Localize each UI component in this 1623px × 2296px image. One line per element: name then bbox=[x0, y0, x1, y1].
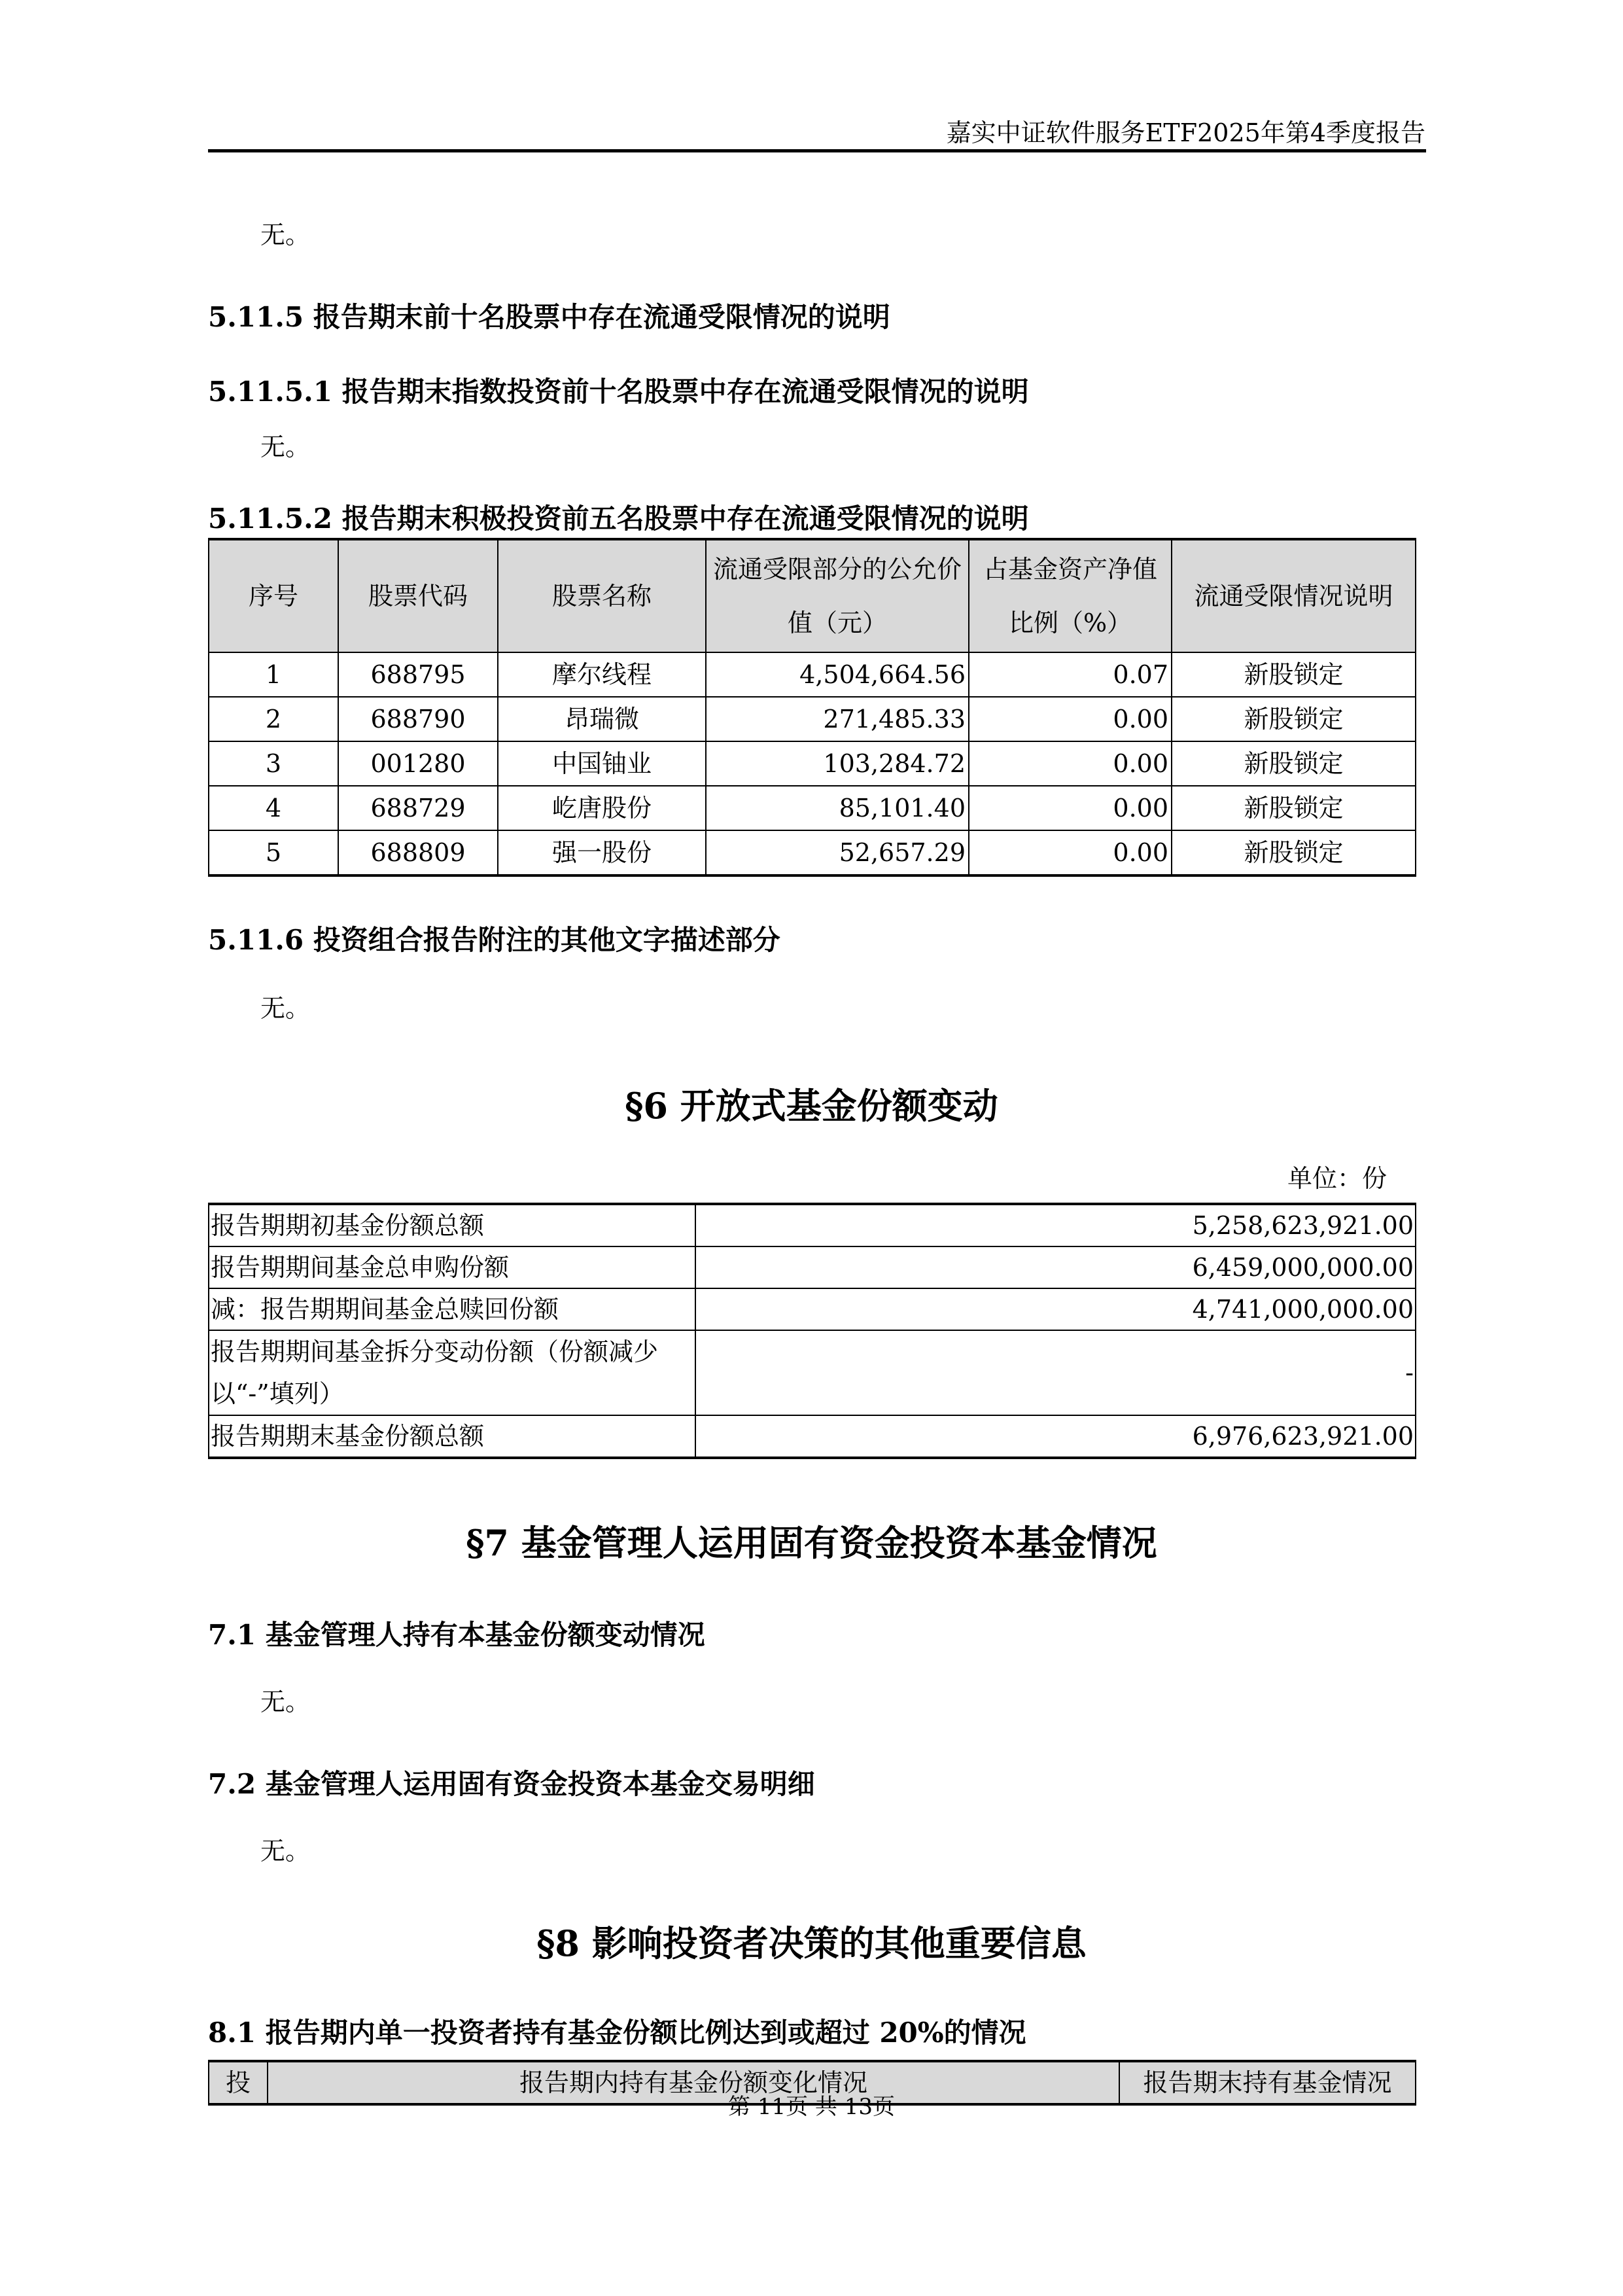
row-value: 4,741,000,000.00 bbox=[695, 1288, 1416, 1330]
cell-fair-value: 271,485.33 bbox=[706, 697, 969, 741]
page-number: 第 11页 共 13页 bbox=[0, 2089, 1623, 2121]
col-header-restriction-note: 流通受限情况说明 bbox=[1172, 539, 1416, 652]
table-row: 报告期期末基金份额总额 6,976,623,921.00 bbox=[209, 1415, 1416, 1458]
fund-share-change-table: 报告期期初基金份额总额 5,258,623,921.00 报告期期间基金总申购份… bbox=[208, 1203, 1416, 1459]
unit-label: 单位：份 bbox=[1287, 1158, 1387, 1194]
row-label: 报告期期末基金份额总额 bbox=[209, 1415, 695, 1458]
section-5-11-6-body: 无。 bbox=[260, 988, 310, 1024]
col-header-name: 股票名称 bbox=[498, 539, 706, 652]
table-header-row: 序号 股票代码 股票名称 流通受限部分的公允价值（元） 占基金资产净值比例（%）… bbox=[209, 539, 1416, 652]
cell-no: 3 bbox=[209, 741, 338, 786]
cell-code: 688809 bbox=[338, 830, 498, 875]
section-8-title: §8 影响投资者决策的其他重要信息 bbox=[0, 1916, 1623, 1966]
cell-note: 新股锁定 bbox=[1172, 830, 1416, 875]
section-5-11-5-1-heading: 5.11.5.1 报告期末指数投资前十名股票中存在流通受限情况的说明 bbox=[208, 370, 1029, 410]
cell-note: 新股锁定 bbox=[1172, 786, 1416, 830]
cell-note: 新股锁定 bbox=[1172, 697, 1416, 741]
cell-code: 688790 bbox=[338, 697, 498, 741]
col-header-code: 股票代码 bbox=[338, 539, 498, 652]
section-7-2-heading: 7.2 基金管理人运用固有资金投资本基金交易明细 bbox=[208, 1763, 815, 1802]
cell-fair-value: 85,101.40 bbox=[706, 786, 969, 830]
cell-no: 1 bbox=[209, 652, 338, 697]
table-row: 减：报告期期间基金总赎回份额 4,741,000,000.00 bbox=[209, 1288, 1416, 1330]
cell-fair-value: 52,657.29 bbox=[706, 830, 969, 875]
cell-name: 摩尔线程 bbox=[498, 652, 706, 697]
cell-no: 2 bbox=[209, 697, 338, 741]
row-label: 报告期期初基金份额总额 bbox=[209, 1204, 695, 1246]
cell-ratio: 0.00 bbox=[969, 697, 1172, 741]
cell-no: 5 bbox=[209, 830, 338, 875]
cell-ratio: 0.00 bbox=[969, 830, 1172, 875]
cell-name: 强一股份 bbox=[498, 830, 706, 875]
cell-ratio: 0.07 bbox=[969, 652, 1172, 697]
section-8-1-heading: 8.1 报告期内单一投资者持有基金份额比例达到或超过 20%的情况 bbox=[208, 2011, 1026, 2051]
previous-section-note: 无。 bbox=[260, 215, 310, 251]
row-value: 6,976,623,921.00 bbox=[695, 1415, 1416, 1458]
col-header-no: 序号 bbox=[209, 539, 338, 652]
row-value: - bbox=[695, 1330, 1416, 1415]
cell-fair-value: 4,504,664.56 bbox=[706, 652, 969, 697]
header-divider bbox=[208, 149, 1426, 152]
row-value: 6,459,000,000.00 bbox=[695, 1246, 1416, 1288]
cell-fair-value: 103,284.72 bbox=[706, 741, 969, 786]
row-label: 报告期期间基金拆分变动份额（份额减少以“-”填列） bbox=[209, 1330, 695, 1415]
cell-name: 中国铀业 bbox=[498, 741, 706, 786]
section-7-title: §7 基金管理人运用固有资金投资本基金情况 bbox=[0, 1515, 1623, 1566]
section-6-title: §6 开放式基金份额变动 bbox=[0, 1078, 1623, 1129]
cell-note: 新股锁定 bbox=[1172, 652, 1416, 697]
row-label: 减：报告期期间基金总赎回份额 bbox=[209, 1288, 695, 1330]
cell-note: 新股锁定 bbox=[1172, 741, 1416, 786]
section-5-11-5-2-heading: 5.11.5.2 报告期末积极投资前五名股票中存在流通受限情况的说明 bbox=[208, 497, 1029, 537]
table-row: 报告期期初基金份额总额 5,258,623,921.00 bbox=[209, 1204, 1416, 1246]
section-7-1-body: 无。 bbox=[260, 1682, 310, 1718]
table-row: 5 688809 强一股份 52,657.29 0.00 新股锁定 bbox=[209, 830, 1416, 875]
cell-no: 4 bbox=[209, 786, 338, 830]
table-row: 1 688795 摩尔线程 4,504,664.56 0.07 新股锁定 bbox=[209, 652, 1416, 697]
section-5-11-6-heading: 5.11.6 投资组合报告附注的其他文字描述部分 bbox=[208, 919, 780, 958]
section-5-11-5-1-body: 无。 bbox=[260, 427, 310, 463]
cell-ratio: 0.00 bbox=[969, 786, 1172, 830]
cell-name: 昂瑞微 bbox=[498, 697, 706, 741]
table-row: 报告期期间基金总申购份额 6,459,000,000.00 bbox=[209, 1246, 1416, 1288]
section-7-2-body: 无。 bbox=[260, 1831, 310, 1867]
cell-code: 688729 bbox=[338, 786, 498, 830]
col-header-nav-ratio: 占基金资产净值比例（%） bbox=[969, 539, 1172, 652]
cell-code: 001280 bbox=[338, 741, 498, 786]
cell-code: 688795 bbox=[338, 652, 498, 697]
section-7-1-heading: 7.1 基金管理人持有本基金份额变动情况 bbox=[208, 1614, 705, 1653]
row-value: 5,258,623,921.00 bbox=[695, 1204, 1416, 1246]
cell-name: 屹唐股份 bbox=[498, 786, 706, 830]
table-row: 4 688729 屹唐股份 85,101.40 0.00 新股锁定 bbox=[209, 786, 1416, 830]
cell-ratio: 0.00 bbox=[969, 741, 1172, 786]
table-row: 2 688790 昂瑞微 271,485.33 0.00 新股锁定 bbox=[209, 697, 1416, 741]
restricted-stocks-table: 序号 股票代码 股票名称 流通受限部分的公允价值（元） 占基金资产净值比例（%）… bbox=[208, 538, 1416, 877]
table-row: 报告期期间基金拆分变动份额（份额减少以“-”填列） - bbox=[209, 1330, 1416, 1415]
col-header-fair-value: 流通受限部分的公允价值（元） bbox=[706, 539, 969, 652]
row-label: 报告期期间基金总申购份额 bbox=[209, 1246, 695, 1288]
section-5-11-5-heading: 5.11.5 报告期末前十名股票中存在流通受限情况的说明 bbox=[208, 296, 890, 335]
table-row: 3 001280 中国铀业 103,284.72 0.00 新股锁定 bbox=[209, 741, 1416, 786]
document-header-title: 嘉实中证软件服务ETF2025年第4季度报告 bbox=[947, 113, 1425, 149]
